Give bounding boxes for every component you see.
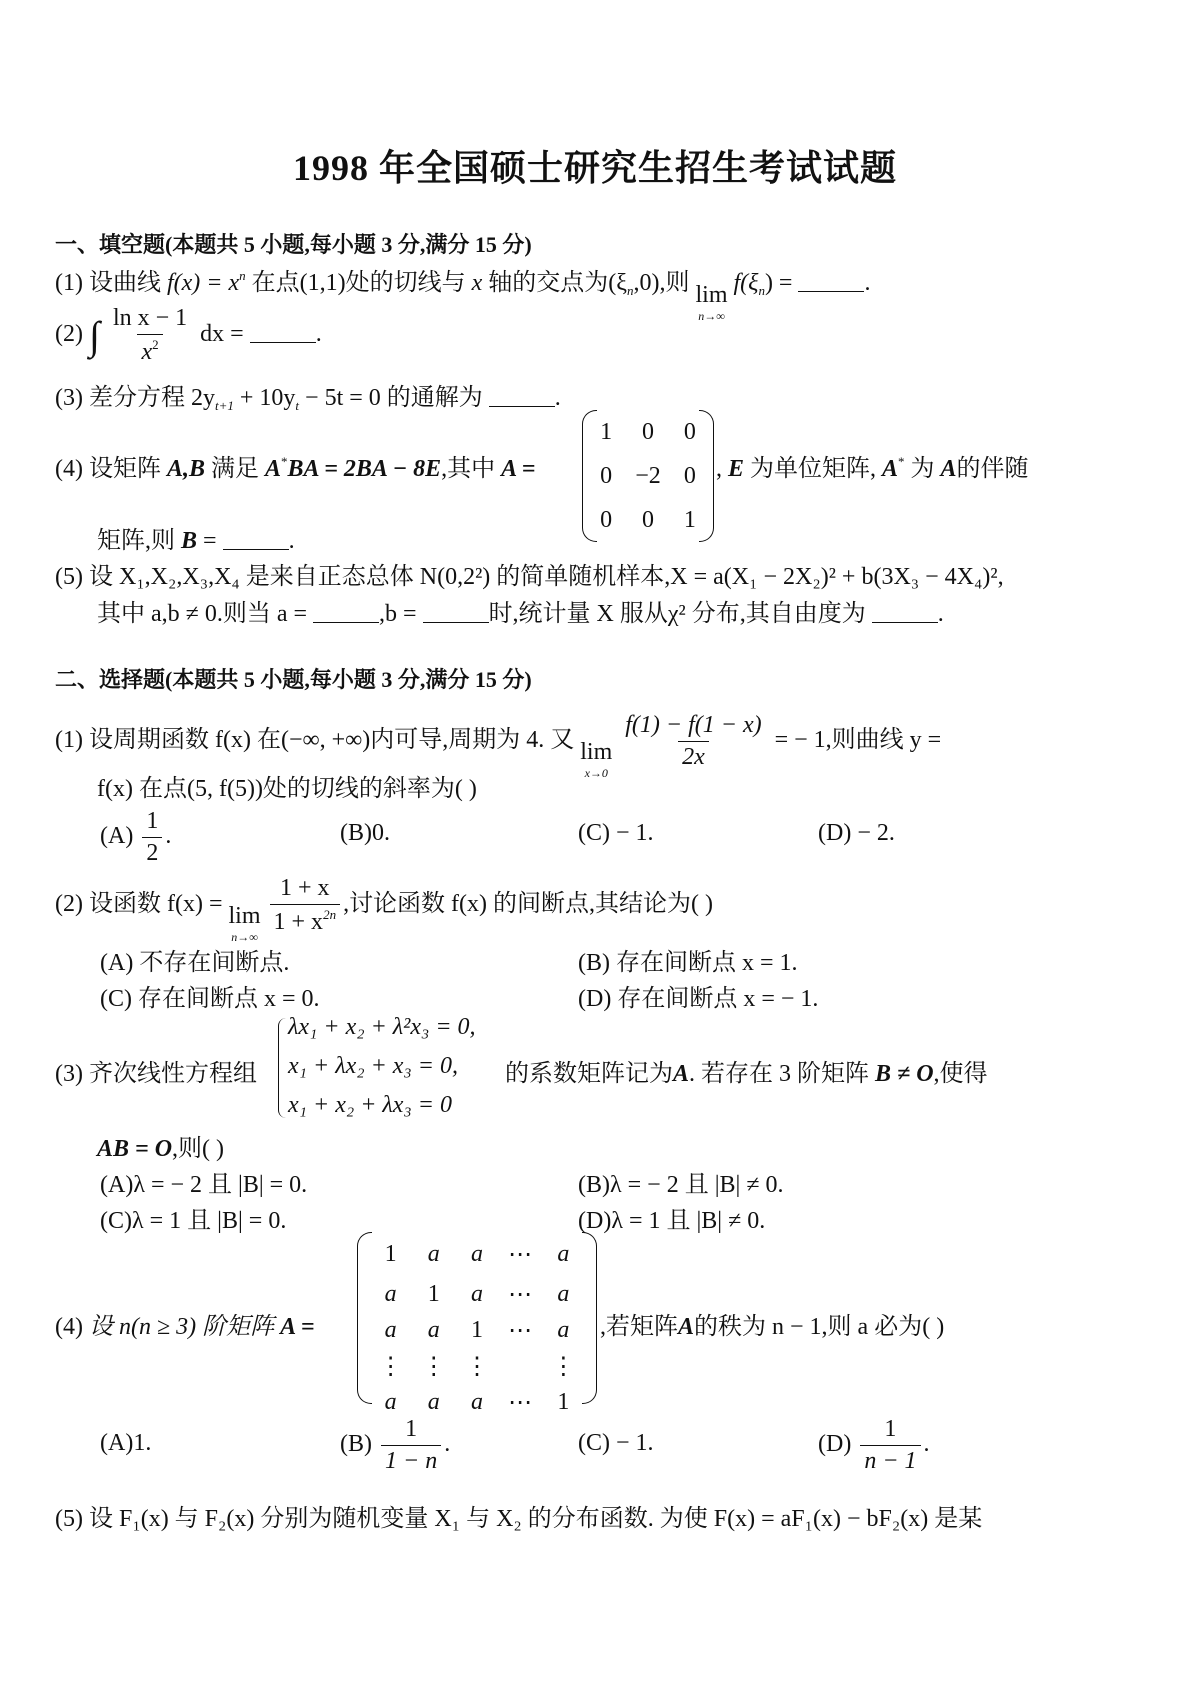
s1-question-4: (4) 设矩阵 A,B 满足 A*BA = 2BA − 8E,其中 A = (55, 448, 535, 483)
option-B[interactable]: (B) 11 − n. (340, 1416, 450, 1475)
answer-blank[interactable] (489, 386, 555, 407)
option-A[interactable]: (A) 不存在间断点. (100, 942, 289, 977)
answer-blank[interactable] (798, 271, 864, 292)
option-B[interactable]: (B) 存在间断点 x = 1. (578, 942, 798, 977)
s1-question-4-cont: , E 为单位矩阵, A* 为 A的伴随 (716, 448, 1029, 483)
s2-question-3-cont: 的系数矩阵记为A. 若存在 3 阶矩阵 B ≠ O,使得 (505, 1053, 988, 1088)
section-heading-multiple-choice: 二、选择题(本题共 5 小题,每小题 3 分,满分 15 分) (55, 663, 532, 694)
s1-question-5: (5) 设 X₁,X₂,X₃,X₄ 是来自正态总体 N(0,2²) 的简单随机样… (55, 556, 1004, 591)
option-A[interactable]: (A) 12. (100, 808, 171, 867)
limit-operator: limn→∞ (695, 283, 727, 322)
answer-blank-b[interactable] (423, 602, 489, 623)
option-A[interactable]: (A)1. (100, 1430, 151, 1457)
option-D[interactable]: (D) 存在间断点 x = − 1. (578, 978, 818, 1013)
option-A[interactable]: (A)λ = − 2 且 |B| = 0. (100, 1164, 307, 1199)
fraction: ln x − 1 x2 (109, 305, 191, 366)
s2-question-1-line2: f(x) 在点(5, f(5))处的切线的斜率为( ) (97, 768, 477, 803)
s2-question-3: (3) 齐次线性方程组 (55, 1053, 257, 1088)
option-C[interactable]: (C)λ = 1 且 |B| = 0. (100, 1200, 286, 1235)
section-heading-fill-in: 一、填空题(本题共 5 小题,每小题 3 分,满分 15 分) (55, 228, 532, 259)
s1-question-2: (2) ∫ ln x − 1 x2 dx = . (55, 305, 322, 366)
s2-question-2: (2) 设函数 f(x) = limn→∞ 1 + x1 + x2n,讨论函数 … (55, 875, 713, 943)
equation-1: λx₁ + x₂ + λ²x₃ = 0, (288, 1014, 476, 1041)
s2-question-4-cont: ,若矩阵A的秩为 n − 1,则 a 必为( ) (600, 1306, 944, 1341)
equation-2: x₁ + λx₂ + x₃ = 0, (288, 1053, 458, 1080)
s2-question-3-line2: AB = O,则( ) (97, 1128, 224, 1163)
option-D[interactable]: (D)λ = 1 且 |B| ≠ 0. (578, 1200, 765, 1235)
option-B[interactable]: (B)λ = − 2 且 |B| ≠ 0. (578, 1164, 784, 1199)
equation-3: x₁ + x₂ + λx₃ = 0 (288, 1092, 452, 1119)
s1-question-3: (3) 差分方程 2yt+1 + 10yt − 5t = 0 的通解为 . (55, 377, 561, 414)
s2-question-5: (5) 设 F₁(x) 与 F₂(x) 分别为随机变量 X₁ 与 X₂ 的分布函… (55, 1498, 982, 1533)
answer-blank-dof[interactable] (872, 602, 938, 623)
answer-blank[interactable] (223, 529, 289, 550)
s1-question-4-line2: 矩阵,则 B = . (97, 520, 295, 555)
fraction: f(1) − f(1 − x)2x (621, 712, 765, 771)
option-D[interactable]: (D) − 2. (818, 820, 895, 847)
option-C[interactable]: (C) − 1. (578, 1430, 654, 1457)
limit-operator: limx→0 (580, 740, 612, 779)
page-title: 1998 年全国硕士研究生招生考试试题 (0, 140, 1190, 191)
option-C[interactable]: (C) 存在间断点 x = 0. (100, 978, 320, 1013)
matrix-A-3x3: 100 0−20 001 (582, 410, 714, 542)
answer-blank-a[interactable] (313, 602, 379, 623)
option-B[interactable]: (B)0. (340, 820, 390, 847)
answer-blank[interactable] (250, 322, 316, 343)
option-D[interactable]: (D) 1n − 1. (818, 1416, 930, 1475)
integral-sign: ∫ (89, 313, 100, 358)
s2-question-4: (4) 设 n(n ≥ 3) 阶矩阵 A = (55, 1306, 315, 1341)
limit-operator: limn→∞ (229, 904, 261, 943)
fraction: 1 + x1 + x2n (270, 875, 341, 936)
matrix-A-nxn: 1aa⋯a a1a⋯a aa1⋯a ⋮⋮⋮⋮ aaa⋯1 (357, 1232, 597, 1404)
option-C[interactable]: (C) − 1. (578, 820, 654, 847)
s1-question-5-line2: 其中 a,b ≠ 0.则当 a = ,b = 时,统计量 X 服从χ² 分布,其… (97, 593, 944, 628)
